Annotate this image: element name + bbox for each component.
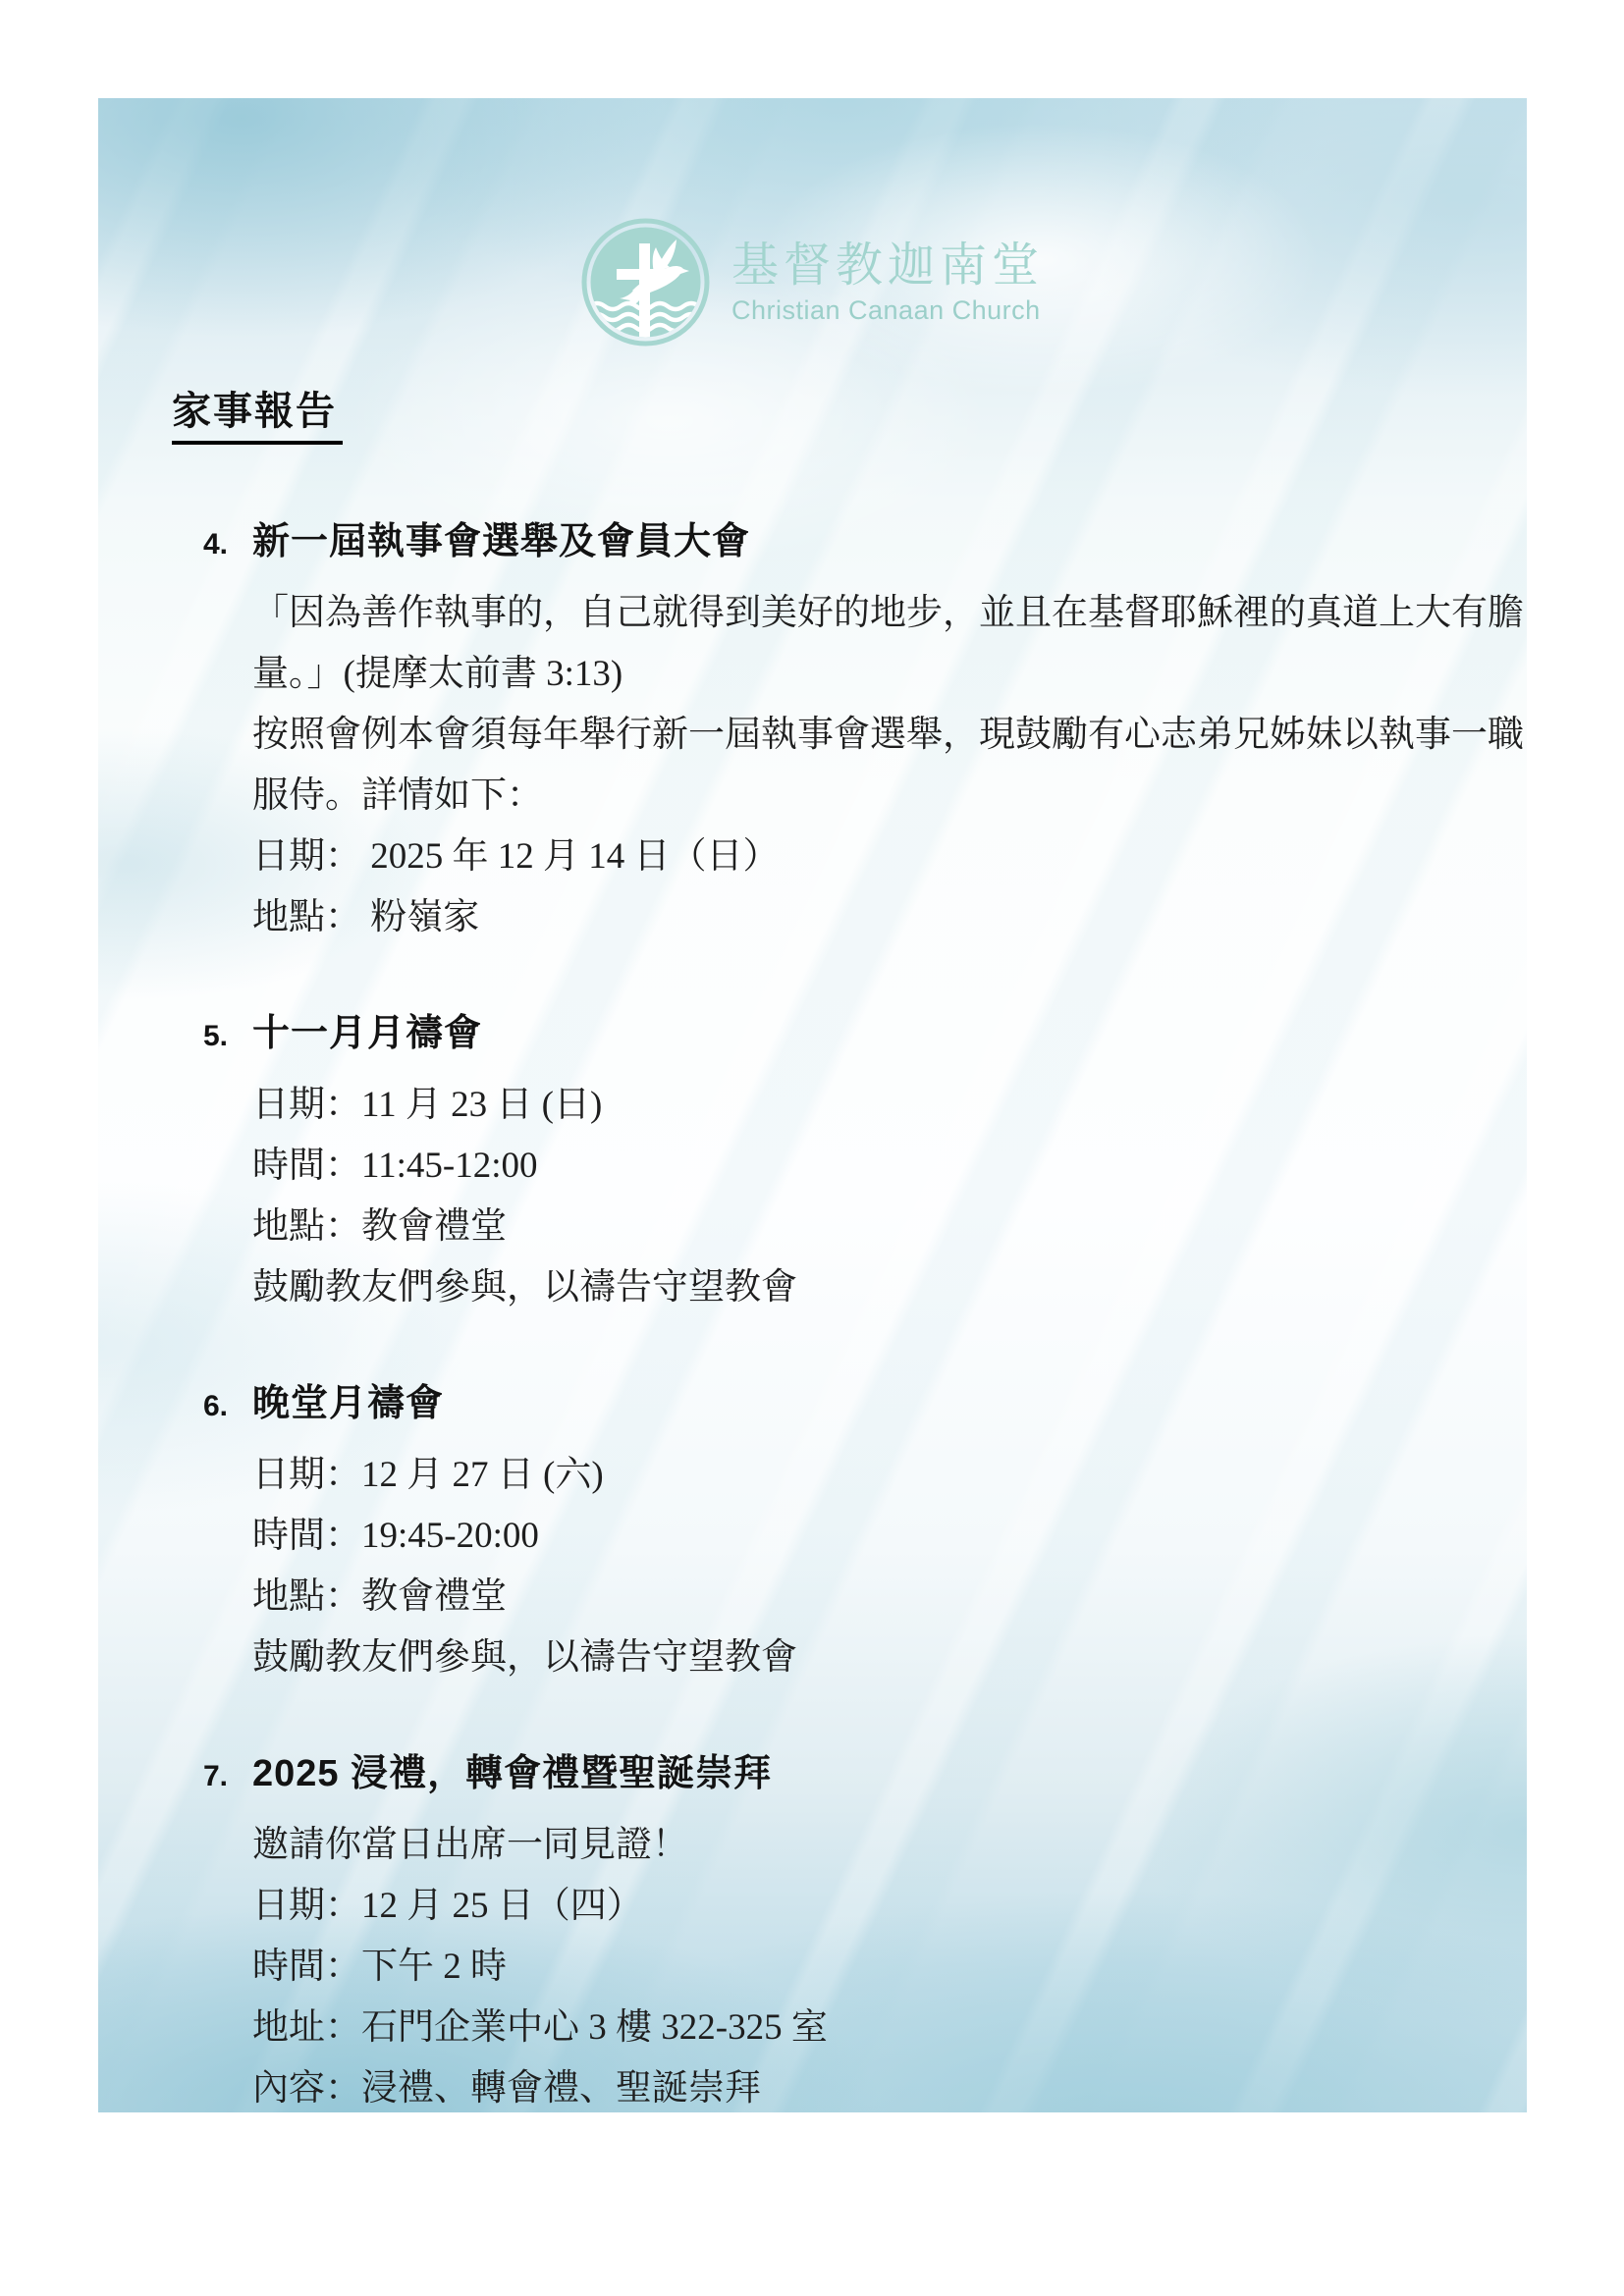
announcement-item-4: 4. 新一屆執事會選舉及會員大會 「因為善作執事的，自己就得到美好的地步，並且在… <box>203 515 1438 948</box>
announcement-card: 基督教迦南堂 Christian Canaan Church 家事報告 4. 新… <box>98 98 1527 2112</box>
item-title: 新一屆執事會選舉及會員大會 <box>252 515 750 568</box>
item-line: 日期： 2025 年 12 月 14 日（日） <box>252 827 1438 887</box>
item-heading: 5. 十一月月禱會 <box>203 1007 1438 1063</box>
announcement-list: 4. 新一屆執事會選舉及會員大會 「因為善作執事的，自己就得到美好的地步，並且在… <box>203 515 1438 2112</box>
item-body: 日期：11 月 23 日 (日) 時間：11:45-12:00 地點：教會禮堂 … <box>252 1075 1438 1318</box>
item-title: 晚堂月禱會 <box>252 1377 444 1430</box>
church-logo-icon <box>581 218 710 347</box>
item-title: 十一月月禱會 <box>252 1007 482 1060</box>
item-body: 邀請你當日出席一同見證！ 日期：12 月 25 日（四） 時間：下午 2 時 地… <box>252 1815 1438 2112</box>
item-line: 內容：浸禮、轉會禮、聖誕崇拜 <box>252 2058 1438 2112</box>
item-line: 地點： 粉嶺家 <box>252 887 1438 948</box>
item-line: 日期：12 月 25 日（四） <box>252 1876 1438 1937</box>
page-title: 家事報告 <box>172 389 343 445</box>
item-line: 日期：12 月 27 日 (六) <box>252 1445 1438 1506</box>
announcement-item-6: 6. 晚堂月禱會 日期：12 月 27 日 (六) 時間：19:45-20:00… <box>203 1377 1438 1688</box>
item-line: 量。」(提摩太前書 3:13) <box>252 644 1438 705</box>
item-heading: 6. 晚堂月禱會 <box>203 1377 1438 1433</box>
announcement-item-5: 5. 十一月月禱會 日期：11 月 23 日 (日) 時間：11:45-12:0… <box>203 1007 1438 1318</box>
item-line: 鼓勵教友們參與，以禱告守望教會 <box>252 1257 1438 1318</box>
item-body: 日期：12 月 27 日 (六) 時間：19:45-20:00 地點：教會禮堂 … <box>252 1445 1438 1688</box>
item-number: 6. <box>203 1380 252 1433</box>
item-line: 服侍。詳情如下： <box>252 766 1438 827</box>
item-line: 按照會例本會須每年舉行新一屆執事會選舉，現鼓勵有心志弟兄姊妹以執事一職 <box>252 705 1438 766</box>
item-line: 「因為善作執事的，自己就得到美好的地步，並且在基督耶穌裡的真道上大有膽 <box>252 583 1438 644</box>
item-number: 4. <box>203 518 252 571</box>
item-heading: 4. 新一屆執事會選舉及會員大會 <box>203 515 1438 571</box>
logo-text: 基督教迦南堂 Christian Canaan Church <box>731 240 1044 326</box>
item-title: 2025 浸禮，轉會禮暨聖誕崇拜 <box>252 1747 772 1800</box>
item-line: 時間：下午 2 時 <box>252 1937 1438 1998</box>
announcement-item-7: 7. 2025 浸禮，轉會禮暨聖誕崇拜 邀請你當日出席一同見證！ 日期：12 月… <box>203 1747 1438 2112</box>
church-logo: 基督教迦南堂 Christian Canaan Church <box>98 218 1527 347</box>
item-line: 時間：19:45-20:00 <box>252 1506 1438 1567</box>
logo-name-zh: 基督教迦南堂 <box>731 240 1044 293</box>
logo-name-en: Christian Canaan Church <box>731 294 1044 326</box>
item-line: 地址：石門企業中心 3 樓 322-325 室 <box>252 1998 1438 2058</box>
item-body: 「因為善作執事的，自己就得到美好的地步，並且在基督耶穌裡的真道上大有膽 量。」(… <box>252 583 1438 948</box>
item-number: 5. <box>203 1010 252 1063</box>
item-heading: 7. 2025 浸禮，轉會禮暨聖誕崇拜 <box>203 1747 1438 1803</box>
item-line: 日期：11 月 23 日 (日) <box>252 1075 1438 1136</box>
item-line: 邀請你當日出席一同見證！ <box>252 1815 1438 1876</box>
item-line: 地點：教會禮堂 <box>252 1197 1438 1257</box>
item-number: 7. <box>203 1750 252 1803</box>
item-line: 地點：教會禮堂 <box>252 1567 1438 1628</box>
item-line: 鼓勵教友們參與，以禱告守望教會 <box>252 1628 1438 1688</box>
document-page: 基督教迦南堂 Christian Canaan Church 家事報告 4. 新… <box>0 0 1624 2296</box>
item-line: 時間：11:45-12:00 <box>252 1136 1438 1197</box>
